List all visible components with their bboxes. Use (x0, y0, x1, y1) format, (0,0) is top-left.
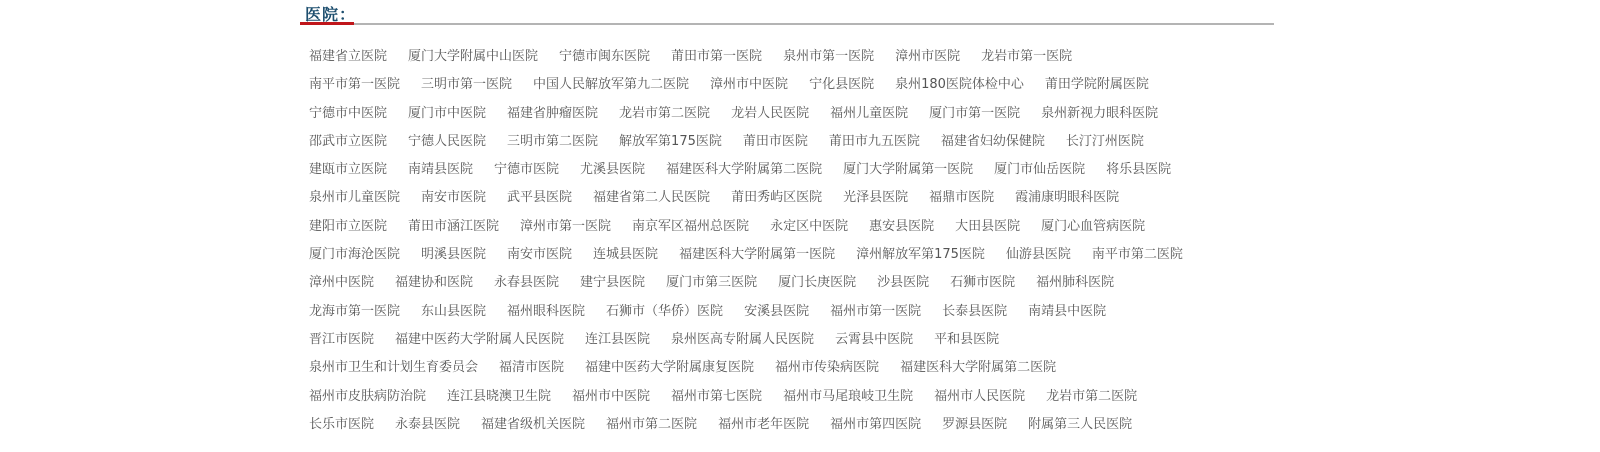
hospital-link[interactable]: 龙岩市第一医院 (981, 43, 1072, 71)
header-accent-bar (300, 22, 354, 25)
hospital-link[interactable]: 福州市皮肤病防治院 (309, 383, 426, 411)
hospital-link[interactable]: 福建中医药大学附属康复医院 (585, 354, 754, 382)
hospital-link[interactable]: 福建医科大学附属第一医院 (679, 241, 835, 269)
hospital-link[interactable]: 福建省第二人民医院 (593, 184, 710, 212)
hospital-link[interactable]: 福州市第四医院 (830, 411, 921, 439)
hospital-link[interactable]: 厦门长庚医院 (778, 269, 856, 297)
hospital-row: 建阳市立医院莆田市涵江医院漳州市第一医院南京军区福州总医院永定区中医院惠安县医院… (309, 211, 1269, 239)
hospital-section: 医院： 福建省立医院厦门大学附属中山医院宁德市闽东医院莆田市第一医院泉州市第一医… (296, 0, 1274, 26)
hospital-link[interactable]: 宁德市闽东医院 (559, 43, 650, 71)
hospital-row: 晋江市医院福建中医药大学附属人民医院连江县医院泉州医高专附属人民医院云霄县中医院… (309, 324, 1269, 352)
hospital-row: 南平市第一医院三明市第一医院中国人民解放军第九二医院漳州市中医院宁化县医院泉州1… (309, 69, 1269, 97)
hospital-link[interactable]: 宁德市中医院 (309, 100, 387, 128)
hospital-link[interactable]: 莆田秀屿区医院 (731, 184, 822, 212)
hospital-link[interactable]: 南靖县医院 (408, 156, 473, 184)
hospital-link[interactable]: 霞浦康明眼科医院 (1015, 184, 1119, 212)
hospital-link[interactable]: 福州市老年医院 (718, 411, 809, 439)
hospital-link[interactable]: 龙岩市第二医院 (1046, 383, 1137, 411)
hospital-link[interactable]: 漳州市第一医院 (520, 213, 611, 241)
hospital-link[interactable]: 南安市医院 (507, 241, 572, 269)
hospital-link[interactable]: 南京军区福州总医院 (632, 213, 749, 241)
section-header: 医院： (296, 0, 1274, 26)
hospital-link[interactable]: 南平市第一医院 (309, 71, 400, 99)
hospital-link[interactable]: 福州市传染病医院 (775, 354, 879, 382)
hospital-link[interactable]: 石狮市医院 (950, 269, 1015, 297)
hospital-link[interactable]: 中国人民解放军第九二医院 (533, 71, 689, 99)
hospital-link[interactable]: 尤溪县医院 (580, 156, 645, 184)
hospital-link[interactable]: 福建协和医院 (395, 269, 473, 297)
hospital-row: 宁德市中医院厦门市中医院福建省肿瘤医院龙岩市第二医院龙岩人民医院福州儿童医院厦门… (309, 98, 1269, 126)
hospital-link[interactable]: 安溪县医院 (744, 298, 809, 326)
hospital-link[interactable]: 晋江市医院 (309, 326, 374, 354)
hospital-link[interactable]: 明溪县医院 (421, 241, 486, 269)
hospital-link[interactable]: 厦门市第三医院 (666, 269, 757, 297)
hospital-link[interactable]: 云霄县中医院 (835, 326, 913, 354)
hospital-link[interactable]: 三明市第二医院 (507, 128, 598, 156)
hospital-link[interactable]: 罗源县医院 (942, 411, 1007, 439)
hospital-link[interactable]: 福清市医院 (499, 354, 564, 382)
hospital-row: 漳州中医院福建协和医院永春县医院建宁县医院厦门市第三医院厦门长庚医院沙县医院石狮… (309, 267, 1269, 295)
hospital-link[interactable]: 永定区中医院 (770, 213, 848, 241)
hospital-row: 福建省立医院厦门大学附属中山医院宁德市闽东医院莆田市第一医院泉州市第一医院漳州市… (309, 41, 1269, 69)
hospital-link[interactable]: 南平市第二医院 (1092, 241, 1183, 269)
hospital-row: 泉州市卫生和计划生育委员会福清市医院福建中医药大学附属康复医院福州市传染病医院福… (309, 352, 1269, 380)
hospital-link[interactable]: 福建医科大学附属第二医院 (900, 354, 1056, 382)
hospital-link[interactable]: 光泽县医院 (843, 184, 908, 212)
hospital-link[interactable]: 福州市中医院 (572, 383, 650, 411)
hospital-link[interactable]: 厦门市中医院 (408, 100, 486, 128)
hospital-link[interactable]: 泉州医高专附属人民医院 (671, 326, 814, 354)
hospital-link[interactable]: 宁德市医院 (494, 156, 559, 184)
hospital-link[interactable]: 泉州180医院体检中心 (895, 71, 1024, 99)
hospital-link[interactable]: 福州市马尾琅岐卫生院 (783, 383, 913, 411)
hospital-link[interactable]: 福州市第七医院 (671, 383, 762, 411)
hospital-link[interactable]: 漳州市医院 (895, 43, 960, 71)
hospital-link[interactable]: 建宁县医院 (580, 269, 645, 297)
hospital-link[interactable]: 福建医科大学附属第二医院 (666, 156, 822, 184)
hospital-link[interactable]: 永泰县医院 (395, 411, 460, 439)
hospital-link[interactable]: 福州眼科医院 (507, 298, 585, 326)
hospital-link[interactable]: 宁化县医院 (809, 71, 874, 99)
hospital-link[interactable]: 南安市医院 (421, 184, 486, 212)
hospital-link[interactable]: 解放军第175医院 (619, 128, 722, 156)
hospital-link[interactable]: 厦门大学附属第一医院 (843, 156, 973, 184)
hospital-link[interactable]: 福建省肿瘤医院 (507, 100, 598, 128)
hospital-row: 泉州市儿童医院南安市医院武平县医院福建省第二人民医院莆田秀屿区医院光泽县医院福鼎… (309, 182, 1269, 210)
hospital-link[interactable]: 连江县医院 (585, 326, 650, 354)
hospital-link[interactable]: 莆田市涵江医院 (408, 213, 499, 241)
hospital-row: 龙海市第一医院东山县医院福州眼科医院石狮市（华侨）医院安溪县医院福州市第一医院长… (309, 296, 1269, 324)
hospital-link[interactable]: 福州市人民医院 (934, 383, 1025, 411)
hospital-link[interactable]: 三明市第一医院 (421, 71, 512, 99)
hospital-link[interactable]: 东山县医院 (421, 298, 486, 326)
hospital-link[interactable]: 莆田市九五医院 (829, 128, 920, 156)
hospital-link[interactable]: 漳州解放军第175医院 (856, 241, 985, 269)
hospital-link[interactable]: 南靖县中医院 (1028, 298, 1106, 326)
hospital-link[interactable]: 连江县晓澳卫生院 (447, 383, 551, 411)
hospital-link[interactable]: 长泰县医院 (942, 298, 1007, 326)
hospital-link[interactable]: 厦门大学附属中山医院 (408, 43, 538, 71)
hospital-link[interactable]: 石狮市（华侨）医院 (606, 298, 723, 326)
hospital-link[interactable]: 长乐市医院 (309, 411, 374, 439)
hospital-row: 建瓯市立医院南靖县医院宁德市医院尤溪县医院福建医科大学附属第二医院厦门大学附属第… (309, 154, 1269, 182)
hospital-link[interactable]: 福建中医药大学附属人民医院 (395, 326, 564, 354)
hospital-link[interactable]: 龙岩人民医院 (731, 100, 809, 128)
hospital-link[interactable]: 将乐县医院 (1106, 156, 1171, 184)
hospital-link[interactable]: 建瓯市立医院 (309, 156, 387, 184)
hospital-link[interactable]: 福州肺科医院 (1036, 269, 1114, 297)
hospital-link[interactable]: 福鼎市医院 (929, 184, 994, 212)
hospital-link[interactable]: 龙岩市第二医院 (619, 100, 710, 128)
hospital-link[interactable]: 厦门市仙岳医院 (994, 156, 1085, 184)
hospital-link[interactable]: 连城县医院 (593, 241, 658, 269)
hospital-row: 厦门市海沧医院明溪县医院南安市医院连城县医院福建医科大学附属第一医院漳州解放军第… (309, 239, 1269, 267)
hospital-link[interactable]: 附属第三人民医院 (1028, 411, 1132, 439)
hospital-link[interactable]: 平和县医院 (934, 326, 999, 354)
hospital-link[interactable]: 莆田市医院 (743, 128, 808, 156)
hospital-link[interactable]: 福建省立医院 (309, 43, 387, 71)
hospital-link[interactable]: 宁德人民医院 (408, 128, 486, 156)
hospital-link[interactable]: 福建省级机关医院 (481, 411, 585, 439)
hospital-link[interactable]: 大田县医院 (955, 213, 1020, 241)
hospital-link[interactable]: 福州儿童医院 (830, 100, 908, 128)
hospital-link[interactable]: 长汀汀州医院 (1066, 128, 1144, 156)
hospital-link[interactable]: 泉州市卫生和计划生育委员会 (309, 354, 478, 382)
hospital-link-list: 福建省立医院厦门大学附属中山医院宁德市闽东医院莆田市第一医院泉州市第一医院漳州市… (309, 41, 1269, 437)
hospital-link[interactable]: 泉州市第一医院 (783, 43, 874, 71)
hospital-link[interactable]: 厦门市第一医院 (929, 100, 1020, 128)
hospital-link[interactable]: 建阳市立医院 (309, 213, 387, 241)
hospital-row: 福州市皮肤病防治院连江县晓澳卫生院福州市中医院福州市第七医院福州市马尾琅岐卫生院… (309, 381, 1269, 409)
hospital-link[interactable]: 仙游县医院 (1006, 241, 1071, 269)
hospital-link[interactable]: 厦门市海沧医院 (309, 241, 400, 269)
hospital-link[interactable]: 沙县医院 (877, 269, 929, 297)
hospital-link[interactable]: 漳州市中医院 (710, 71, 788, 99)
hospital-link[interactable]: 福州市第一医院 (830, 298, 921, 326)
header-divider (300, 23, 1274, 25)
hospital-link[interactable]: 武平县医院 (507, 184, 572, 212)
hospital-link[interactable]: 邵武市立医院 (309, 128, 387, 156)
hospital-link[interactable]: 厦门心血管病医院 (1041, 213, 1145, 241)
hospital-link[interactable]: 惠安县医院 (869, 213, 934, 241)
hospital-link[interactable]: 莆田市第一医院 (671, 43, 762, 71)
hospital-link[interactable]: 福建省妇幼保健院 (941, 128, 1045, 156)
hospital-row: 长乐市医院永泰县医院福建省级机关医院福州市第二医院福州市老年医院福州市第四医院罗… (309, 409, 1269, 437)
hospital-link[interactable]: 龙海市第一医院 (309, 298, 400, 326)
hospital-link[interactable]: 永春县医院 (494, 269, 559, 297)
hospital-link[interactable]: 泉州市儿童医院 (309, 184, 400, 212)
hospital-link[interactable]: 漳州中医院 (309, 269, 374, 297)
hospital-row: 邵武市立医院宁德人民医院三明市第二医院解放军第175医院莆田市医院莆田市九五医院… (309, 126, 1269, 154)
hospital-link[interactable]: 福州市第二医院 (606, 411, 697, 439)
hospital-link[interactable]: 泉州新视力眼科医院 (1041, 100, 1158, 128)
hospital-link[interactable]: 莆田学院附属医院 (1045, 71, 1149, 99)
